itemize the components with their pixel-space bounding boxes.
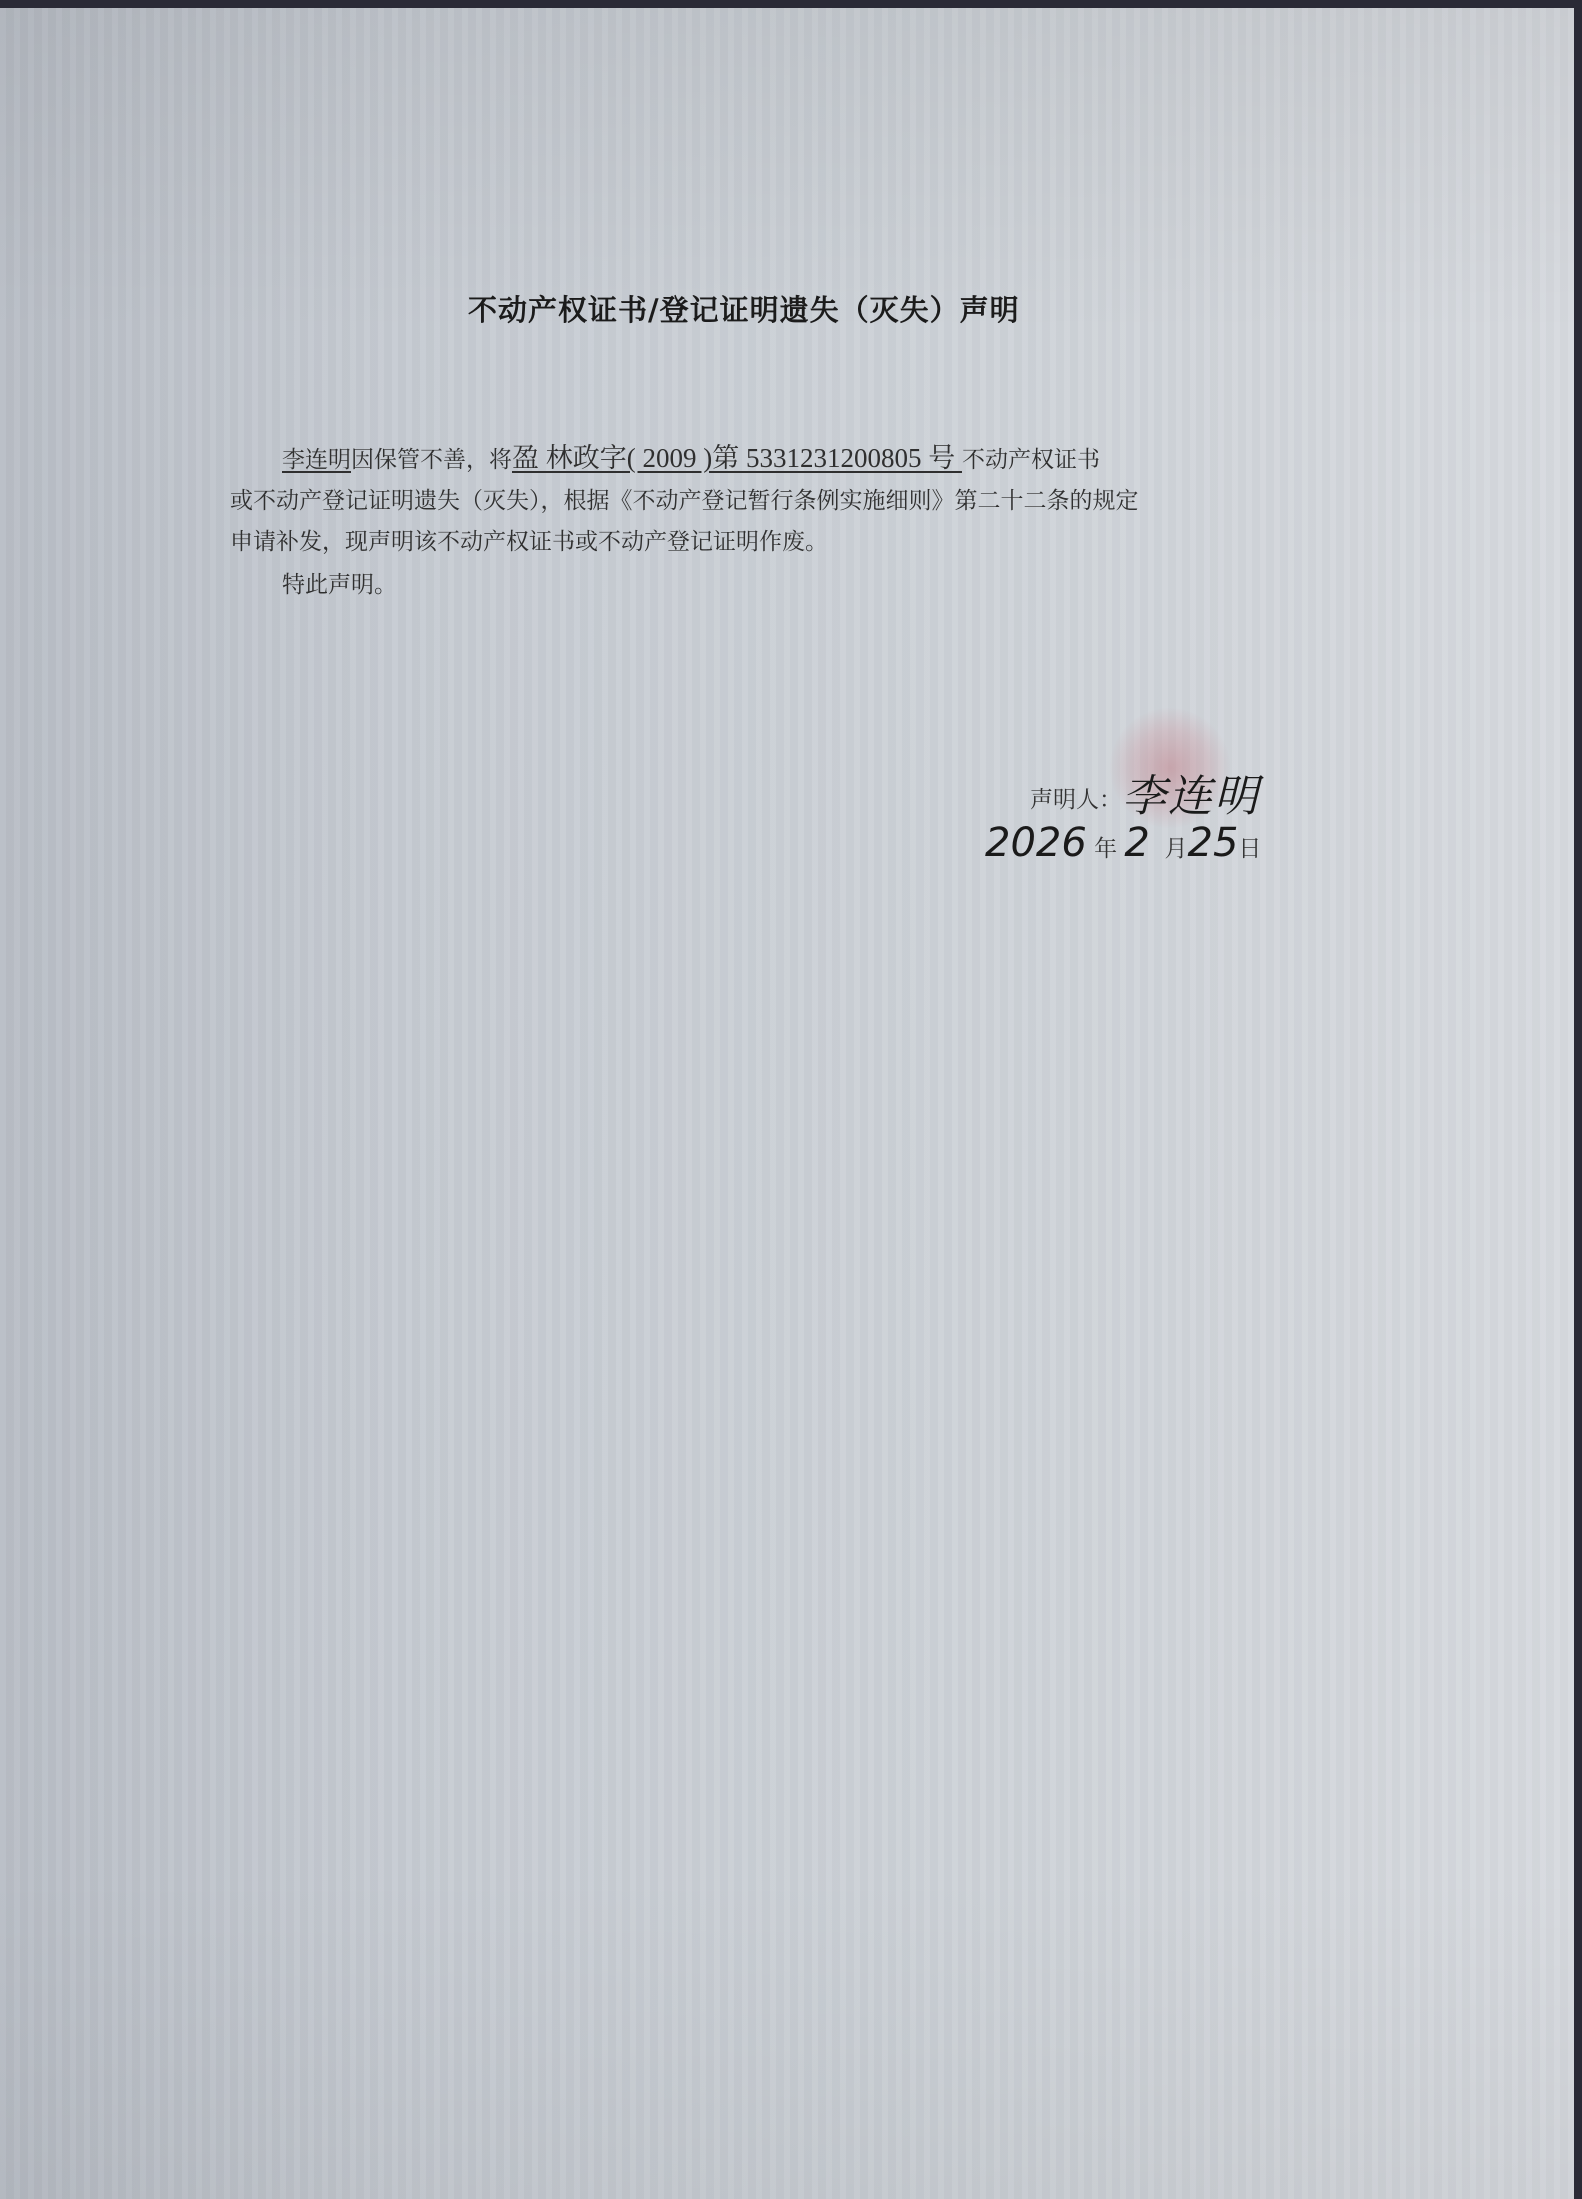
month-label: 月 — [1165, 836, 1188, 862]
paragraph-text-1: 因保管不善，将 — [351, 447, 512, 473]
paragraph-line-2: 或不动产登记证明遗失（灭失），根据《不动产登记暂行条例实施细则》第二十二条的规定 — [230, 481, 1350, 522]
date-year: 2026 — [985, 820, 1087, 866]
paragraph-line-3: 申请补发，现声明该不动产权证书或不动产登记证明作废。 — [230, 522, 1350, 563]
document-page: 不动产权证书/登记证明遗失（灭失）声明 李连明因保管不善，将盈 林政字( 200… — [0, 8, 1574, 2199]
document-title: 不动产权证书/登记证明遗失（灭失）声明 — [468, 288, 1108, 329]
closing-statement: 特此声明。 — [230, 565, 1350, 606]
certificate-number: 盈 林政字( 2009 )第 5331231200805 号 — [512, 443, 962, 473]
declaration-date: 2026 年 2 月25日 — [985, 820, 1261, 866]
signature-block: 声明人：李连明 — [1030, 756, 1260, 820]
handwritten-signature: 李连明 — [1122, 771, 1260, 822]
date-day: 25 — [1188, 820, 1239, 866]
declaration-body: 李连明因保管不善，将盈 林政字( 2009 )第 5331231200805 号… — [230, 438, 1350, 606]
date-month: 2 — [1124, 820, 1149, 866]
declarant-name: 李连明 — [282, 447, 351, 473]
paragraph-line-1: 李连明因保管不善，将盈 林政字( 2009 )第 5331231200805 号… — [230, 438, 1350, 481]
day-label: 日 — [1238, 836, 1261, 862]
year-label: 年 — [1094, 836, 1117, 862]
signature-label: 声明人： — [1030, 787, 1122, 813]
paragraph-text-2: 不动产权证书 — [962, 447, 1100, 473]
